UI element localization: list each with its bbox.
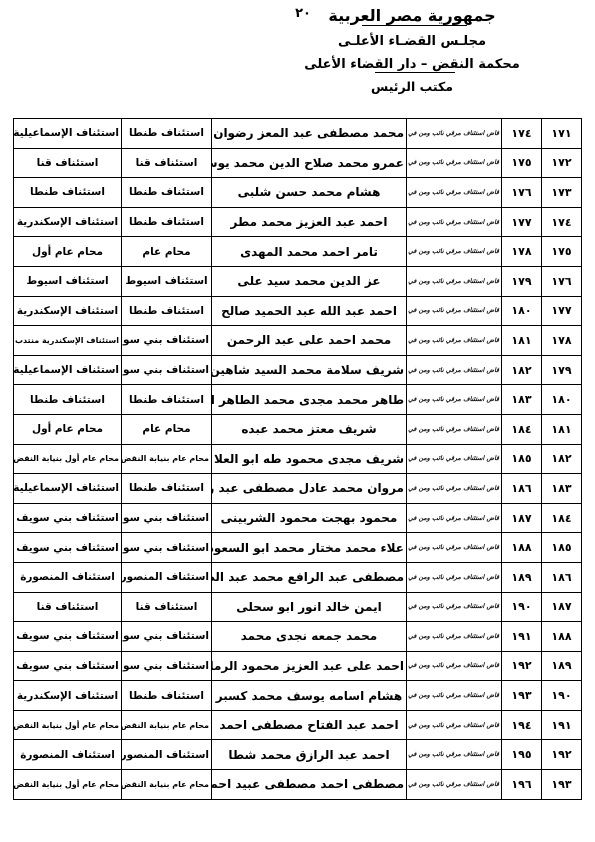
rank-number-cell: ١٩٤ bbox=[502, 710, 542, 740]
grade-title-cell: قاض استئناف مرقي نائب ومن في درجتهم bbox=[407, 207, 502, 237]
table-row: ١٨٩١٩٢قاض استئناف مرقي نائب ومن في درجته… bbox=[14, 651, 582, 681]
serial-cell: ١٧٥ bbox=[542, 237, 582, 267]
court-cell: استئناف طنطا bbox=[122, 385, 212, 415]
grade-title-cell: قاض استئناف مرقي نائب ومن في درجتهم bbox=[407, 533, 502, 563]
grade-title-cell: قاض استئناف مرقي نائب ومن في درجتهم bbox=[407, 681, 502, 711]
grade-title-cell: قاض استئناف مرقي نائب ومن في درجتهم bbox=[407, 740, 502, 770]
serial-cell: ١٧٢ bbox=[542, 148, 582, 178]
assignment-cell: استئناف الإسكندرية منتدب bbox=[14, 326, 122, 356]
name-cell: احمد عبد الله عبد الحميد صالح bbox=[212, 296, 407, 326]
table-row: ١٧٨١٨١قاض استئناف مرقي نائب ومن في درجته… bbox=[14, 326, 582, 356]
court-cell: استئناف طنطا bbox=[122, 207, 212, 237]
name-cell: محمد احمد على عبد الرحمن bbox=[212, 326, 407, 356]
serial-cell: ١٨٨ bbox=[542, 622, 582, 652]
court-cell: استئناف طنطا bbox=[122, 474, 212, 504]
grade-title-cell: قاض استئناف مرقي نائب ومن في درجتهم bbox=[407, 562, 502, 592]
header-republic-title: جمهورية مصر العربية bbox=[287, 6, 537, 26]
table-row: ١٧٣١٧٦قاض استئناف مرقي نائب ومن في درجته… bbox=[14, 178, 582, 208]
serial-cell: ١٩١ bbox=[542, 710, 582, 740]
court-cell: محام عام بنيابة النقض bbox=[122, 444, 212, 474]
document-page: { "page": { "number": "٢٠" }, "header": … bbox=[0, 0, 595, 842]
assignment-cell: استئناف الإسكندرية bbox=[14, 681, 122, 711]
serial-cell: ١٨٩ bbox=[542, 651, 582, 681]
court-cell: استئناف بني سويف bbox=[122, 622, 212, 652]
rank-number-cell: ١٧٩ bbox=[502, 266, 542, 296]
name-cell: احمد عبد الرازق محمد شطا bbox=[212, 740, 407, 770]
name-cell: طاهر محمد مجدى محمد الطاهر احمد bbox=[212, 385, 407, 415]
assignment-cell: محام عام أول bbox=[14, 237, 122, 267]
serial-cell: ١٧٦ bbox=[542, 266, 582, 296]
rank-number-cell: ١٩٠ bbox=[502, 592, 542, 622]
table-row: ١٩٠١٩٣قاض استئناف مرقي نائب ومن في درجته… bbox=[14, 681, 582, 711]
assignment-cell: استئناف قنا bbox=[14, 592, 122, 622]
serial-cell: ١٨١ bbox=[542, 414, 582, 444]
serial-cell: ١٩٣ bbox=[542, 770, 582, 800]
serial-cell: ١٧٤ bbox=[542, 207, 582, 237]
assignment-cell: محام عام أول bbox=[14, 414, 122, 444]
court-cell: محام عام bbox=[122, 414, 212, 444]
serial-cell: ١٨٢ bbox=[542, 444, 582, 474]
name-cell: مصطفى احمد مصطفى عبيد احمد bbox=[212, 770, 407, 800]
grade-title-cell: قاض استئناف مرقي نائب ومن في درجتهم bbox=[407, 178, 502, 208]
serial-cell: ١٨٤ bbox=[542, 503, 582, 533]
name-cell: ايمن خالد انور ابو سحلى bbox=[212, 592, 407, 622]
rank-number-cell: ١٧٥ bbox=[502, 148, 542, 178]
rank-number-cell: ١٧٦ bbox=[502, 178, 542, 208]
rank-number-cell: ١٨٣ bbox=[502, 385, 542, 415]
grade-title-cell: قاض استئناف مرقي نائب ومن في درجتهم bbox=[407, 237, 502, 267]
name-cell: عمرو محمد صلاح الدين محمد يوسف bbox=[212, 148, 407, 178]
grade-title-cell: قاض استئناف مرقي نائب ومن في درجتهم bbox=[407, 385, 502, 415]
rank-number-cell: ١٨٢ bbox=[502, 355, 542, 385]
table-row: ١٧٧١٨٠قاض استئناف مرقي نائب ومن في درجته… bbox=[14, 296, 582, 326]
grade-title-cell: قاض استئناف مرقي نائب ومن في درجتهم bbox=[407, 414, 502, 444]
rank-number-cell: ١٨٧ bbox=[502, 503, 542, 533]
assignment-cell: محام عام أول بنيابة النقض bbox=[14, 444, 122, 474]
serial-cell: ١٨٦ bbox=[542, 562, 582, 592]
rank-number-cell: ١٩١ bbox=[502, 622, 542, 652]
assignment-cell: استئناف طنطا bbox=[14, 178, 122, 208]
rank-number-cell: ١٧٧ bbox=[502, 207, 542, 237]
grade-title-cell: قاض استئناف مرقي نائب ومن في درجتهم bbox=[407, 266, 502, 296]
court-cell: محام عام bbox=[122, 237, 212, 267]
assignment-cell: استئناف طنطا bbox=[14, 385, 122, 415]
name-cell: هشام اسامه يوسف محمد كسبر bbox=[212, 681, 407, 711]
court-cell: استئناف المنصورة bbox=[122, 740, 212, 770]
name-cell: مروان محمد عادل مصطفى عبد ربه bbox=[212, 474, 407, 504]
serial-cell: ١٨٧ bbox=[542, 592, 582, 622]
table-row: ١٩١١٩٤قاض استئناف مرقي نائب ومن في درجته… bbox=[14, 710, 582, 740]
court-cell: استئناف بني سويف bbox=[122, 533, 212, 563]
rank-number-cell: ١٩٥ bbox=[502, 740, 542, 770]
serial-cell: ١٧٨ bbox=[542, 326, 582, 356]
assignment-cell: استئناف الإسماعيلية bbox=[14, 119, 122, 149]
grade-title-cell: قاض استئناف مرقي نائب ومن في درجتهم bbox=[407, 710, 502, 740]
grade-title-cell: قاض استئناف مرقي نائب ومن في درجتهم bbox=[407, 326, 502, 356]
name-cell: محمود بهجت محمود الشربينى bbox=[212, 503, 407, 533]
name-cell: شريف معتز محمد عبده bbox=[212, 414, 407, 444]
rank-number-cell: ١٨٦ bbox=[502, 474, 542, 504]
rank-number-cell: ١٩٦ bbox=[502, 770, 542, 800]
table-row: ١٨٤١٨٧قاض استئناف مرقي نائب ومن في درجته… bbox=[14, 503, 582, 533]
name-cell: احمد عبد الفتاح مصطفى احمد bbox=[212, 710, 407, 740]
table-row: ١٨٨١٩١قاض استئناف مرقي نائب ومن في درجته… bbox=[14, 622, 582, 652]
rank-number-cell: ١٨٠ bbox=[502, 296, 542, 326]
rank-number-cell: ١٩٣ bbox=[502, 681, 542, 711]
assignment-cell: استئناف بني سويف bbox=[14, 651, 122, 681]
serial-cell: ١٧١ bbox=[542, 119, 582, 149]
grade-title-cell: قاض استئناف مرقي نائب ومن في درجتهم bbox=[407, 770, 502, 800]
name-cell: تامر احمد محمد المهدى bbox=[212, 237, 407, 267]
table-row: ١٨٢١٨٥قاض استئناف مرقي نائب ومن في درجته… bbox=[14, 444, 582, 474]
court-cell: استئناف قنا bbox=[122, 592, 212, 622]
table-row: ١٨٦١٨٩قاض استئناف مرقي نائب ومن في درجته… bbox=[14, 562, 582, 592]
court-cell: استئناف المنصورة bbox=[122, 562, 212, 592]
assignment-cell: محام عام أول بنيابة النقض bbox=[14, 770, 122, 800]
court-cell: استئناف بني سويف bbox=[122, 503, 212, 533]
table-row: ١٧٩١٨٢قاض استئناف مرقي نائب ومن في درجته… bbox=[14, 355, 582, 385]
name-cell: هشام محمد حسن شلبى bbox=[212, 178, 407, 208]
rank-number-cell: ١٨٤ bbox=[502, 414, 542, 444]
court-cell: استئناف بني سويف bbox=[122, 326, 212, 356]
rank-number-cell: ١٨٨ bbox=[502, 533, 542, 563]
name-cell: شريف سلامة محمد السيد شاهين bbox=[212, 355, 407, 385]
rank-number-cell: ١٨٩ bbox=[502, 562, 542, 592]
serial-cell: ١٧٩ bbox=[542, 355, 582, 385]
rank-number-cell: ١٩٢ bbox=[502, 651, 542, 681]
grade-title-cell: قاض استئناف مرقي نائب ومن في درجتهم bbox=[407, 119, 502, 149]
table-body: ١٧١١٧٤قاض استئناف مرقي نائب ومن في درجته… bbox=[14, 119, 582, 800]
table-row: ١٨٥١٨٨قاض استئناف مرقي نائب ومن في درجته… bbox=[14, 533, 582, 563]
assignment-cell: استئناف المنصورة bbox=[14, 562, 122, 592]
court-cell: محام عام بنيابة النقض bbox=[122, 770, 212, 800]
serial-cell: ١٧٣ bbox=[542, 178, 582, 208]
assignment-cell: استئناف الإسماعيلية bbox=[14, 474, 122, 504]
name-cell: احمد عبد العزيز محمد مطر bbox=[212, 207, 407, 237]
court-cell: استئناف طنطا bbox=[122, 119, 212, 149]
assignment-cell: استئناف المنصورة bbox=[14, 740, 122, 770]
court-cell: محام عام بنيابة النقض bbox=[122, 710, 212, 740]
court-cell: استئناف طنطا bbox=[122, 296, 212, 326]
name-cell: عز الدين محمد سيد على bbox=[212, 266, 407, 296]
header-president-office: مكتب الرئيس bbox=[287, 79, 537, 95]
serial-cell: ١٨٠ bbox=[542, 385, 582, 415]
grade-title-cell: قاض استئناف مرقي نائب ومن في درجتهم bbox=[407, 592, 502, 622]
assignment-cell: استئناف الإسكندرية bbox=[14, 207, 122, 237]
name-cell: احمد على عبد العزيز محمود الرملى bbox=[212, 651, 407, 681]
court-cell: استئناف بني سويف bbox=[122, 651, 212, 681]
rank-number-cell: ١٧٨ bbox=[502, 237, 542, 267]
court-cell: استئناف طنطا bbox=[122, 681, 212, 711]
table-row: ١٨٣١٨٦قاض استئناف مرقي نائب ومن في درجته… bbox=[14, 474, 582, 504]
assignment-cell: محام عام أول بنيابة النقض bbox=[14, 710, 122, 740]
grade-title-cell: قاض استئناف مرقي نائب ومن في درجتهم bbox=[407, 296, 502, 326]
serial-cell: ١٨٣ bbox=[542, 474, 582, 504]
table-row: ١٧٤١٧٧قاض استئناف مرقي نائب ومن في درجته… bbox=[14, 207, 582, 237]
table-row: ١٨١١٨٤قاض استئناف مرقي نائب ومن في درجته… bbox=[14, 414, 582, 444]
rank-number-cell: ١٨١ bbox=[502, 326, 542, 356]
document-header: جمهورية مصر العربية مجلـس القضـاء الأعلـ… bbox=[287, 6, 537, 95]
name-cell: شريف مجدى محمود طه ابو العلا bbox=[212, 444, 407, 474]
header-supreme-judicial-council: مجلـس القضـاء الأعلـى bbox=[287, 33, 537, 50]
grade-title-cell: قاض استئناف مرقي نائب ومن في درجتهم bbox=[407, 148, 502, 178]
grade-title-cell: قاض استئناف مرقي نائب ومن في درجتهم bbox=[407, 503, 502, 533]
assignment-cell: استئناف اسيوط bbox=[14, 266, 122, 296]
table-row: ١٧٢١٧٥قاض استئناف مرقي نائب ومن في درجته… bbox=[14, 148, 582, 178]
assignment-cell: استئناف الإسماعيلية bbox=[14, 355, 122, 385]
serial-cell: ١٩٢ bbox=[542, 740, 582, 770]
table-row: ١٩٣١٩٦قاض استئناف مرقي نائب ومن في درجته… bbox=[14, 770, 582, 800]
name-cell: مصطفى عبد الرافع محمد عبد الظاهر bbox=[212, 562, 407, 592]
court-cell: استئناف طنطا bbox=[122, 178, 212, 208]
serial-cell: ١٧٧ bbox=[542, 296, 582, 326]
grade-title-cell: قاض استئناف مرقي نائب ومن في درجتهم bbox=[407, 622, 502, 652]
name-cell: محمد مصطفى عبد المعز رضوان صالح bbox=[212, 119, 407, 149]
table-row: ١٨٠١٨٣قاض استئناف مرقي نائب ومن في درجته… bbox=[14, 385, 582, 415]
court-cell: استئناف قنا bbox=[122, 148, 212, 178]
grade-title-cell: قاض استئناف مرقي نائب ومن في درجتهم bbox=[407, 355, 502, 385]
grade-title-cell: قاض استئناف مرقي نائب ومن في درجتهم bbox=[407, 444, 502, 474]
court-cell: استئناف اسيوط bbox=[122, 266, 212, 296]
rank-number-cell: ١٧٤ bbox=[502, 119, 542, 149]
name-cell: محمد جمعه نجدى محمد bbox=[212, 622, 407, 652]
assignment-cell: استئناف الإسكندرية bbox=[14, 296, 122, 326]
header-court-of-cassation-line: محكمة النقض – دار القضاء الأعلى bbox=[287, 56, 537, 73]
grade-title-cell: قاض استئناف مرقي نائب ومن في درجتهم bbox=[407, 474, 502, 504]
assignment-cell: استئناف بني سويف bbox=[14, 533, 122, 563]
assignment-cell: استئناف بني سويف bbox=[14, 622, 122, 652]
name-cell: علاء محمد مختار محمد ابو السعود bbox=[212, 533, 407, 563]
table-row: ١٧١١٧٤قاض استئناف مرقي نائب ومن في درجته… bbox=[14, 119, 582, 149]
serial-cell: ١٨٥ bbox=[542, 533, 582, 563]
rank-number-cell: ١٨٥ bbox=[502, 444, 542, 474]
table-row: ١٧٦١٧٩قاض استئناف مرقي نائب ومن في درجته… bbox=[14, 266, 582, 296]
court-cell: استئناف بني سويف bbox=[122, 355, 212, 385]
table-row: ١٨٧١٩٠قاض استئناف مرقي نائب ومن في درجته… bbox=[14, 592, 582, 622]
assignment-cell: استئناف قنا bbox=[14, 148, 122, 178]
serial-cell: ١٩٠ bbox=[542, 681, 582, 711]
grade-title-cell: قاض استئناف مرقي نائب ومن في درجتهم bbox=[407, 651, 502, 681]
table-row: ١٩٢١٩٥قاض استئناف مرقي نائب ومن في درجته… bbox=[14, 740, 582, 770]
table-row: ١٧٥١٧٨قاض استئناف مرقي نائب ومن في درجته… bbox=[14, 237, 582, 267]
judges-roster-table: ١٧١١٧٤قاض استئناف مرقي نائب ومن في درجته… bbox=[13, 118, 582, 800]
assignment-cell: استئناف بني سويف bbox=[14, 503, 122, 533]
